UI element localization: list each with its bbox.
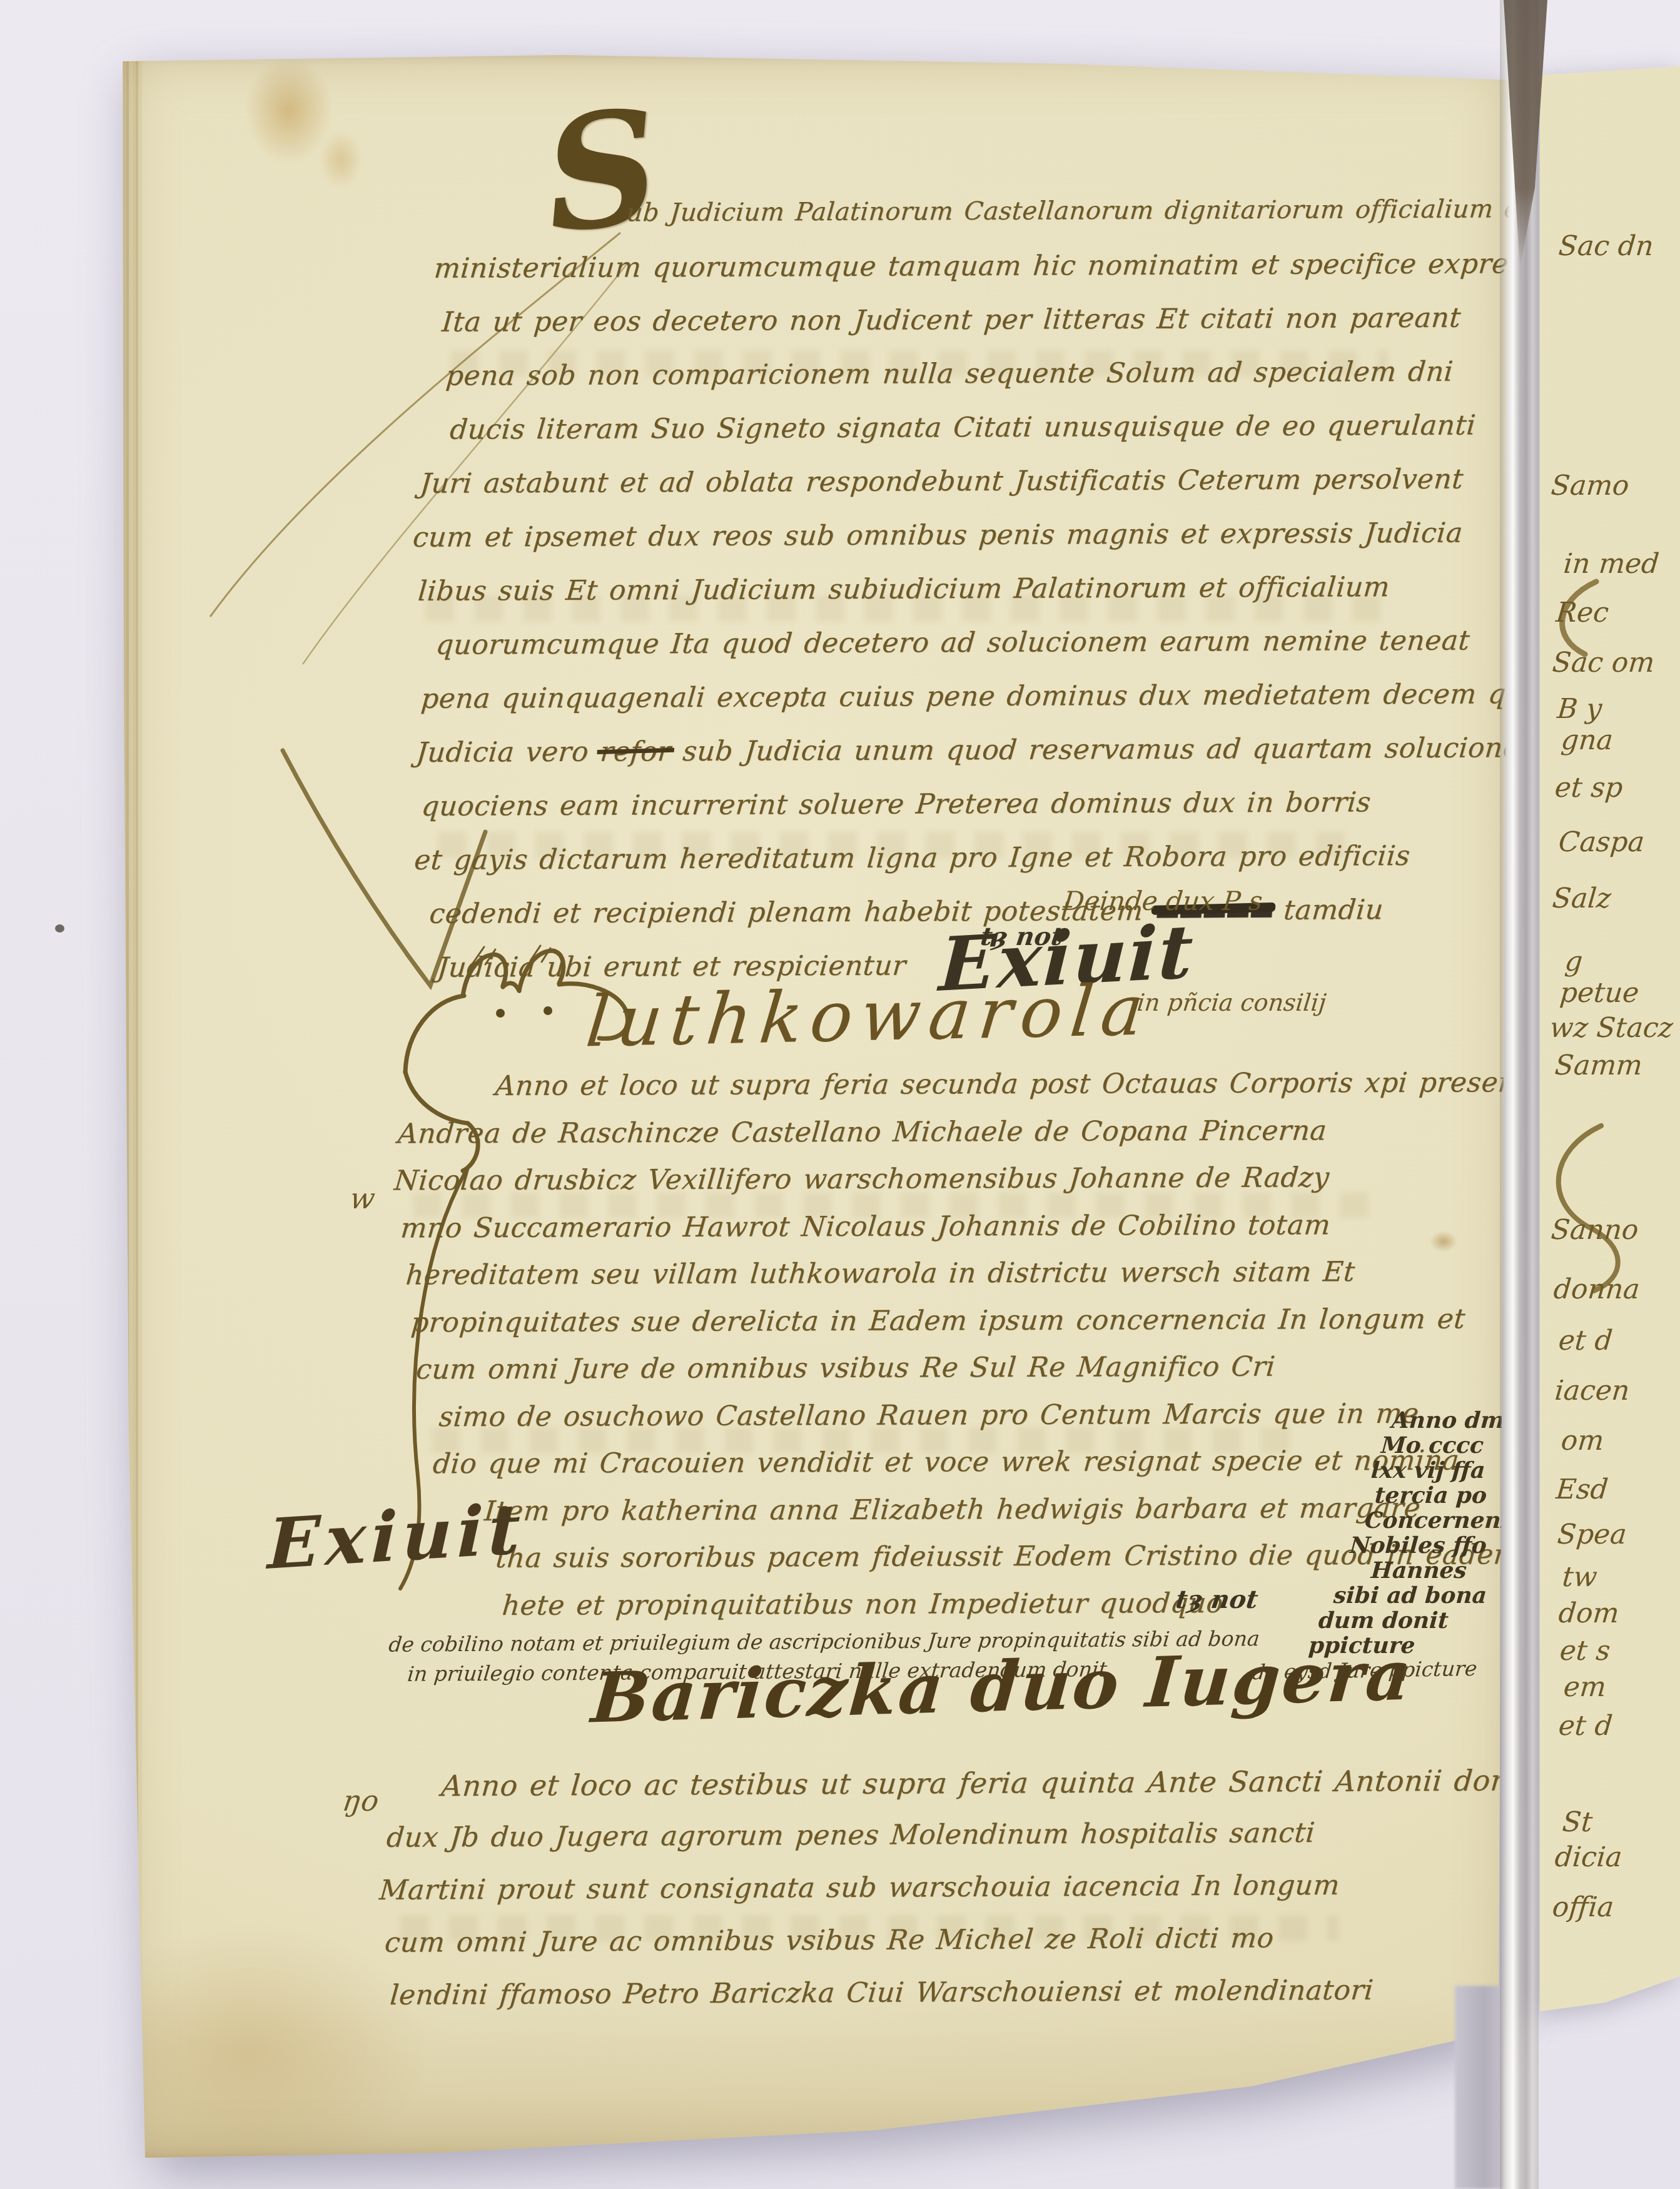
facing-page-text-fragment: Esd — [1555, 1476, 1609, 1504]
facing-page-text-fragment: Sanno — [1550, 1216, 1639, 1244]
facing-page-text-fragment: gna — [1560, 727, 1614, 754]
facing-page-wrapper: Sac dnSamoin medRecSac omB ygnaet spCasp… — [0, 0, 1680, 2189]
facing-page-text-fragment: Salz — [1551, 885, 1612, 913]
facing-page-text-fragment: et d — [1557, 1327, 1614, 1355]
facing-page-text-fragment: dicia — [1554, 1844, 1623, 1871]
facing-page-text-fragment: dom — [1557, 1600, 1620, 1627]
facing-page-text-fragment: Sac om — [1551, 649, 1656, 677]
facing-page-text-fragment: g — [1564, 948, 1584, 976]
facing-page-text-fragment: Spea — [1556, 1521, 1627, 1549]
facing-page-text-fragment: em — [1562, 1674, 1607, 1701]
facing-page-text-fragment: Rec — [1555, 599, 1610, 627]
facing-page-text-fragment: et s — [1559, 1637, 1611, 1665]
facing-page-text-fragment: Samm — [1554, 1052, 1644, 1079]
facing-page: Sac dnSamoin medRecSac omB ygnaet spCasp… — [0, 0, 1680, 2189]
facing-page-text-fragment: Sac dn — [1557, 233, 1654, 260]
facing-page-text-fragment: iacen — [1554, 1377, 1631, 1405]
facing-page-text-fragment: B y — [1556, 695, 1603, 723]
facing-page-text-fragment: et d — [1557, 1712, 1614, 1740]
facing-page-text-fragment: offia — [1551, 1894, 1615, 1921]
facing-page-text-fragment: et sp — [1554, 774, 1624, 802]
glass-strip-shadow — [1455, 1986, 1504, 2189]
glass-weight-strip — [1500, 0, 1539, 2189]
facing-page-text-fragment: tw — [1561, 1564, 1598, 1591]
facing-page-text-fragment: petue — [1559, 979, 1640, 1007]
facing-page-text-fragment: St — [1561, 1809, 1594, 1836]
facing-page-text-fragment: Caspa — [1557, 829, 1646, 856]
facing-page-text-fragment: om — [1560, 1427, 1605, 1455]
facing-page-text-fragment: wz Stacz — [1549, 1014, 1674, 1042]
facing-page-text-fragment: Samo — [1550, 472, 1630, 500]
facing-page-fragments: Sac dnSamoin medRecSac omB ygnaet spCasp… — [0, 0, 1680, 2189]
facing-page-text-fragment: donna — [1552, 1276, 1641, 1303]
photo-backdrop: S ub Judicium Palatinorum Castellanorum … — [0, 0, 1680, 2189]
facing-page-text-fragment: in med — [1562, 550, 1660, 578]
facing-page-flourish — [0, 0, 1680, 2189]
